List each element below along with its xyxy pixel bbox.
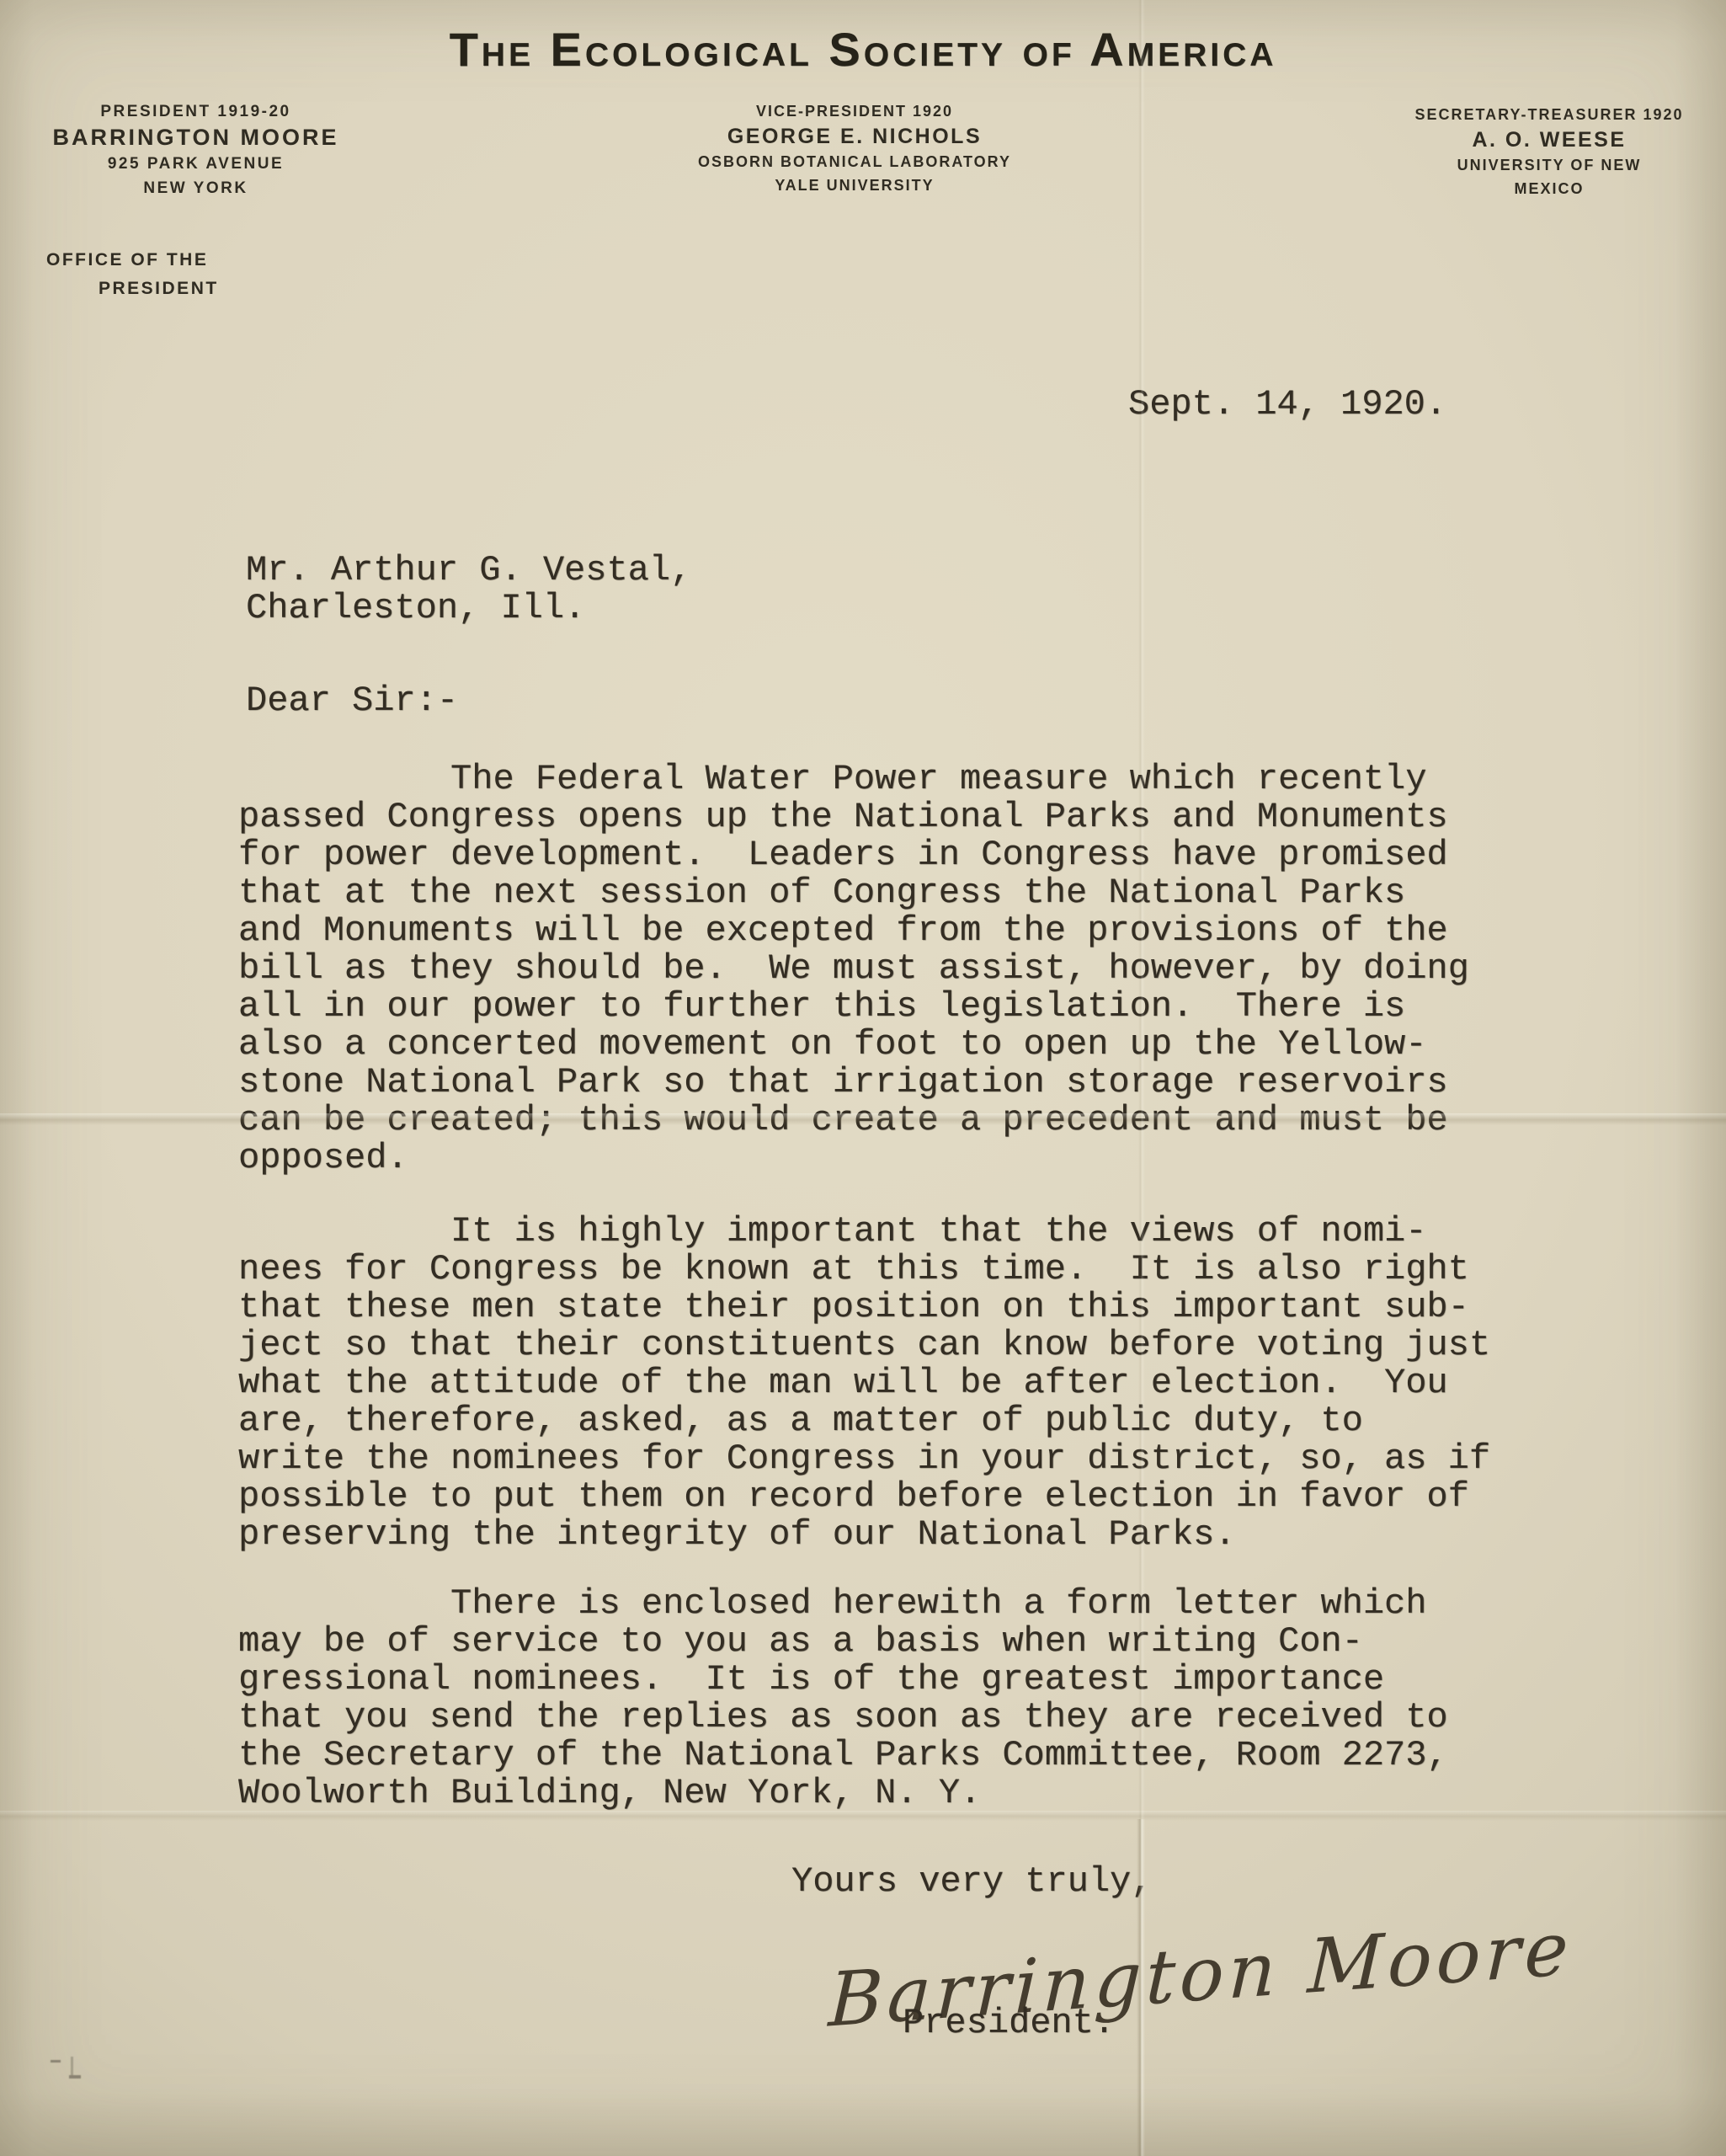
- pencil-mark: [49, 2055, 93, 2085]
- officer-address-line: YALE UNIVERSITY: [653, 173, 1057, 197]
- officer-role: SECRETARY-TREASURER 1920: [1393, 103, 1705, 126]
- officer-name: BARRINGTON MOORE: [51, 124, 341, 152]
- closing-line: Yours very truly,: [791, 1863, 1152, 1901]
- signature-title: President.: [903, 2004, 1115, 2042]
- office-line: OFFICE OF THE: [46, 246, 219, 275]
- officer-block-secretary-treasurer: SECRETARY-TREASURER 1920 A. O. WEESE UNI…: [1393, 103, 1705, 200]
- officer-address-line: 925 PARK AVENUE: [51, 152, 341, 176]
- officer-name: A. O. WEESE: [1393, 126, 1705, 153]
- officer-block-vice-president: VICE-PRESIDENT 1920 GEORGE E. NICHOLS OS…: [653, 99, 1057, 197]
- officer-address-line: MEXICO: [1393, 177, 1705, 200]
- body-paragraph-1: The Federal Water Power measure which re…: [238, 760, 1469, 1177]
- body-paragraph-3: There is enclosed herewith a form letter…: [238, 1585, 1448, 1812]
- salutation: Dear Sir:-: [246, 682, 458, 720]
- office-of-the-president: OFFICE OF THE PRESIDENT: [46, 246, 219, 303]
- body-paragraph-2: It is highly important that the views of…: [238, 1213, 1490, 1554]
- officer-address-line: NEW YORK: [51, 176, 341, 200]
- officer-name: GEORGE E. NICHOLS: [653, 123, 1057, 150]
- officer-role: PRESIDENT 1919-20: [51, 99, 341, 124]
- letterhead-title: The Ecological Society of America: [0, 22, 1726, 77]
- officer-block-president: PRESIDENT 1919-20 BARRINGTON MOORE 925 P…: [51, 99, 341, 200]
- office-line: PRESIDENT: [46, 275, 219, 303]
- recipient-address: Mr. Arthur G. Vestal, Charleston, Ill.: [246, 552, 691, 627]
- letter-scan-page: The Ecological Society of America PRESID…: [0, 0, 1726, 2156]
- officer-address-line: OSBORN BOTANICAL LABORATORY: [653, 150, 1057, 173]
- officer-address-line: UNIVERSITY OF NEW: [1393, 153, 1705, 177]
- date-line: Sept. 14, 1920.: [1128, 386, 1446, 424]
- officer-role: VICE-PRESIDENT 1920: [653, 99, 1057, 123]
